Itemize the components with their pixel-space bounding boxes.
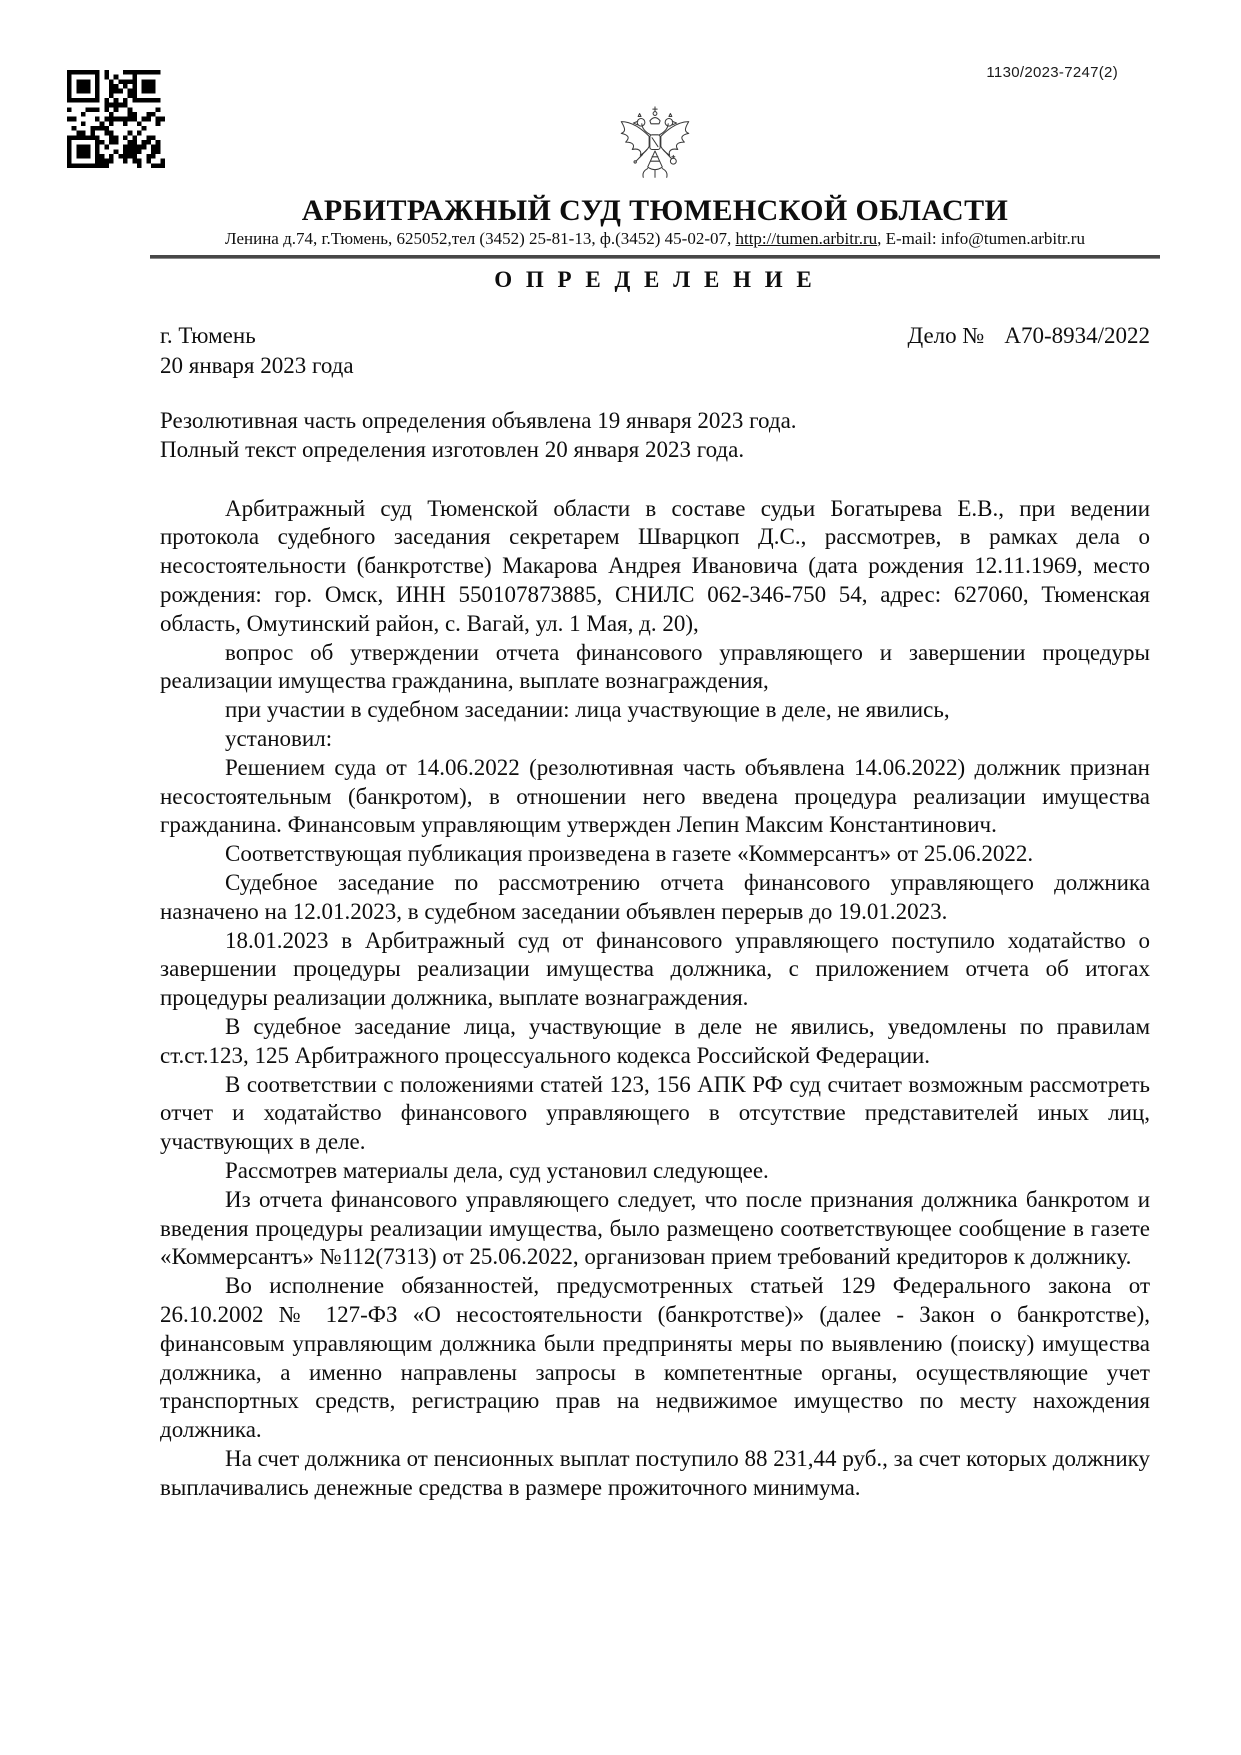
resolution-dates-block: Резолютивная часть определения объявлена…	[160, 407, 1150, 465]
body-paragraph: вопрос об утверждении отчета финансового…	[160, 639, 1150, 697]
case-reference: Дело №А70-8934/2022	[907, 323, 1150, 349]
court-email: info@tumen.arbitr.ru	[941, 229, 1085, 248]
coat-of-arms-icon	[611, 104, 699, 192]
body-paragraph: установил:	[160, 725, 1150, 754]
resolution-full-text-line: Полный текст определения изготовлен 20 я…	[160, 436, 1150, 465]
header-divider	[150, 255, 1160, 259]
body-paragraph: Во исполнение обязанностей, предусмотрен…	[160, 1272, 1150, 1445]
emblem-container	[160, 104, 1150, 192]
court-email-label: , E-mail:	[877, 229, 941, 248]
court-website-link[interactable]: http://tumen.arbitr.ru	[735, 229, 877, 248]
body-paragraph: Арбитражный суд Тюменской области в сост…	[160, 495, 1150, 639]
court-address-line: Ленина д.74, г.Тюмень, 625052,тел (3452)…	[160, 229, 1150, 249]
court-name-title: АРБИТРАЖНЫЙ СУД ТЮМЕНСКОЙ ОБЛАСТИ	[160, 194, 1150, 228]
body-paragraph: 18.01.2023 в Арбитражный суд от финансов…	[160, 927, 1150, 1013]
city-label: г. Тюмень	[160, 323, 256, 349]
body-paragraph: Из отчета финансового управляющего следу…	[160, 1186, 1150, 1272]
court-determination-page: 1130/2023-7247(2)	[0, 0, 1241, 1755]
document-date: 20 января 2023 года	[160, 353, 1150, 379]
body-paragraph: В соответствии с положениями статей 123,…	[160, 1071, 1150, 1157]
court-address-text: Ленина д.74, г.Тюмень, 625052,тел (3452)…	[225, 229, 735, 248]
document-body: Арбитражный суд Тюменской области в сост…	[160, 495, 1150, 1503]
body-paragraph: Судебное заседание по рассмотрению отчет…	[160, 869, 1150, 927]
body-paragraph: На счет должника от пенсионных выплат по…	[160, 1445, 1150, 1503]
body-paragraph: Решением суда от 14.06.2022 (резолютивна…	[160, 754, 1150, 840]
case-number: А70-8934/2022	[1004, 323, 1150, 348]
case-meta-row: г. Тюмень Дело №А70-8934/2022	[160, 323, 1150, 349]
qr-code	[67, 70, 165, 168]
body-paragraph: при участии в судебном заседании: лица у…	[160, 696, 1150, 725]
document-type-title: О П Р Е Д Е Л Е Н И Е	[160, 267, 1150, 293]
body-paragraph: В судебное заседание лица, участвующие в…	[160, 1013, 1150, 1071]
case-label: Дело №	[907, 323, 984, 348]
document-content: АРБИТРАЖНЫЙ СУД ТЮМЕНСКОЙ ОБЛАСТИ Ленина…	[160, 0, 1150, 1502]
body-paragraph: Рассмотрев материалы дела, суд установил…	[160, 1157, 1150, 1186]
body-paragraph: Соответствующая публикация произведена в…	[160, 840, 1150, 869]
resolution-announced-line: Резолютивная часть определения объявлена…	[160, 407, 1150, 436]
